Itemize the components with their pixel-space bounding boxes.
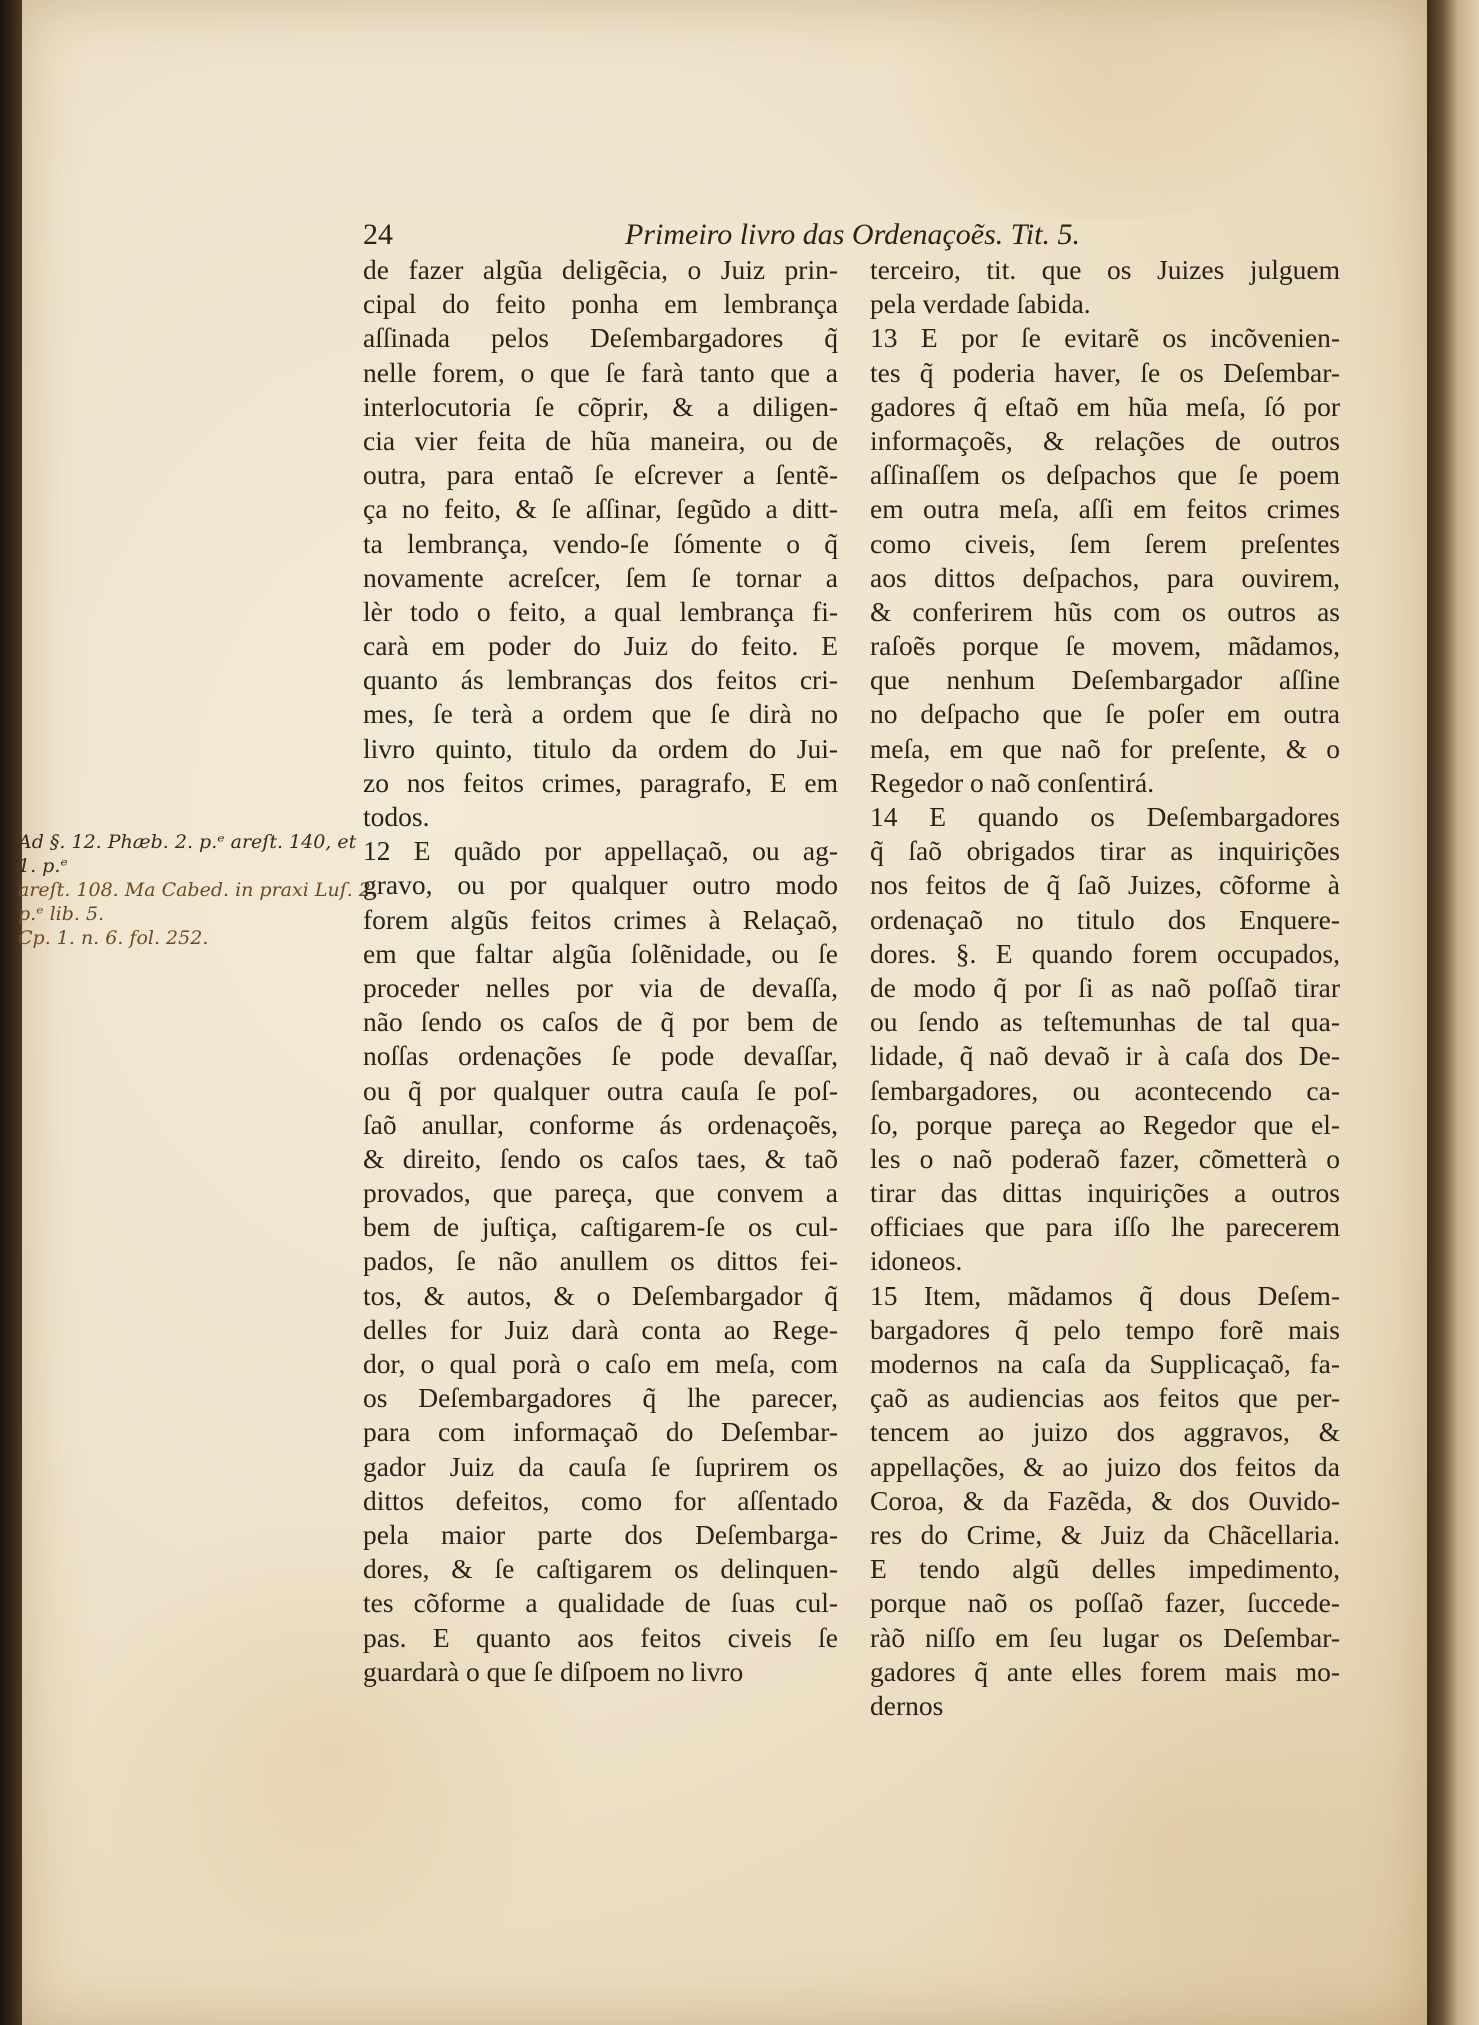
foxing-stain xyxy=(842,0,1362,220)
text-line: todos. xyxy=(363,800,838,834)
text-line: tirar das dittas inquirições a outros xyxy=(870,1176,1340,1210)
text-line: idoneos. xyxy=(870,1244,1340,1278)
text-line: de fazer algũa deligẽcia, o Juiz prin- xyxy=(363,253,838,287)
text-line: çaõ as audiencias aos feitos que per- xyxy=(870,1381,1340,1415)
text-line: ta lembrança, vendo-ſe ſómente o q̃ xyxy=(363,527,838,561)
text-line: que nenhum Deſembargador aſſine xyxy=(870,663,1340,697)
text-line: Coroa, & da Fazẽda, & dos Ouvido- xyxy=(870,1484,1340,1518)
text-line: bem de juſtiça, caſtigarem-ſe os cul- xyxy=(363,1210,838,1244)
text-line: provados, que pareça, que convem a xyxy=(363,1176,838,1210)
text-line: interlocutoria ſe cõprir, & a diligen- xyxy=(363,390,838,424)
text-line: aos dittos deſpachos, para ouvirem, xyxy=(870,561,1340,595)
text-line: tos, & autos, & o Deſembargador q̃ xyxy=(363,1279,838,1313)
text-line: ordenaçaõ no titulo dos Enquere- xyxy=(870,903,1340,937)
text-line: pas. E quanto aos feitos civeis ſe xyxy=(363,1621,838,1655)
text-line: dittos defeitos, como for aſſentado xyxy=(363,1484,838,1518)
text-line: pados, ſe não anullem os dittos fei- xyxy=(363,1244,838,1278)
text-line: nos feitos de q̃ ſaõ Juizes, cõforme à xyxy=(870,868,1340,902)
text-line: aſſinada pelos Deſembargadores q̃ xyxy=(363,321,838,355)
text-line: modernos na caſa da Supplicaçaõ, fa- xyxy=(870,1347,1340,1381)
text-line: em que faltar algũa ſolẽnidade, ou ſe xyxy=(363,937,838,971)
text-line: ou q̃ por qualquer outra cauſa ſe poſ- xyxy=(363,1074,838,1108)
text-line: aſſinaſſem os deſpachos que ſe poem xyxy=(870,458,1340,492)
text-line: E tendo algũ delles impedimento, xyxy=(870,1552,1340,1586)
text-line: noſſas ordenações ſe pode devaſſar, xyxy=(363,1039,838,1073)
text-line: de modo q̃ por ſi as naõ poſſaõ tirar xyxy=(870,971,1340,1005)
text-line: novamente acreſcer, ſem ſe tornar a xyxy=(363,561,838,595)
text-line: os Deſembargadores q̃ lhe parecer, xyxy=(363,1381,838,1415)
book-gutter-left xyxy=(0,0,22,2025)
text-line: mes, ſe terà a ordem que ſe dirà no xyxy=(363,697,838,731)
text-line: lèr todo o feito, a qual lembrança fi- xyxy=(363,595,838,629)
text-line: guardarà o que ſe diſpoem no livro xyxy=(363,1655,838,1689)
text-line: appellações, & ao juizo dos feitos da xyxy=(870,1450,1340,1484)
text-line: cipal do feito ponha em lembrança xyxy=(363,287,838,321)
text-line: pela verdade ſabida. xyxy=(870,287,1340,321)
text-line: officiaes que para iſſo lhe parecerem xyxy=(870,1210,1340,1244)
text-line: 15 Item, mãdamos q̃ dous Deſem- xyxy=(870,1279,1340,1313)
text-line: quanto ás lembranças dos feitos cri- xyxy=(363,663,838,697)
text-line: gadores q̃ eſtaõ em hũa meſa, ſó por xyxy=(870,390,1340,424)
text-line: terceiro, tit. que os Juizes julguem xyxy=(870,253,1340,287)
text-line: q̃ ſaõ obrigados tirar as inquirições xyxy=(870,834,1340,868)
text-line: no deſpacho que ſe poſer em outra xyxy=(870,697,1340,731)
text-line: ſo, porque pareça ao Regedor que el- xyxy=(870,1108,1340,1142)
right-text-column: terceiro, tit. que os Juizes julguempela… xyxy=(870,253,1340,1723)
text-line: forem algũs feitos crimes à Relaçaõ, xyxy=(363,903,838,937)
text-line: pela maior parte dos Deſembarga- xyxy=(363,1518,838,1552)
text-line: tes cõforme a qualidade de ſuas cul- xyxy=(363,1586,838,1620)
text-line: carà em poder do Juiz do feito. E xyxy=(363,629,838,663)
margin-line: areſt. 108. Ma Cabed. in praxi Luſ. 2. p… xyxy=(18,878,378,926)
left-text-column: de fazer algũa deligẽcia, o Juiz prin-ci… xyxy=(363,253,838,1689)
text-line: 12 E quãdo por appellaçaõ, ou ag- xyxy=(363,834,838,868)
text-line: ou ſendo as teſtemunhas de tal qua- xyxy=(870,1005,1340,1039)
text-line: bargadores q̃ pelo tempo forẽ mais xyxy=(870,1313,1340,1347)
text-line: dores, & ſe caſtigarem os delinquen- xyxy=(363,1552,838,1586)
text-line: lidade, q̃ naõ devaõ ir à caſa dos De- xyxy=(870,1039,1340,1073)
text-line: & direito, ſendo os caſos taes, & taõ xyxy=(363,1142,838,1176)
text-line: 14 E quando os Deſembargadores xyxy=(870,800,1340,834)
margin-line: Cp. 1. n. 6. fol. 252. xyxy=(18,926,378,950)
text-line: dor, o qual porà o caſo em meſa, com xyxy=(363,1347,838,1381)
page-number: 24 xyxy=(363,218,393,252)
text-line: gravo, ou por qualquer outro modo xyxy=(363,868,838,902)
text-line: nelle forem, o que ſe farà tanto que a xyxy=(363,356,838,390)
handwritten-marginal-note: Ad §. 12. Phæb. 2. p.ᵉ areſt. 140, et 1.… xyxy=(18,830,378,950)
text-line: em outra meſa, aſſi em feitos crimes xyxy=(870,492,1340,526)
text-line: como civeis, ſem ſerem preſentes xyxy=(870,527,1340,561)
text-line: raſoẽs porque ſe movem, mãdamos, xyxy=(870,629,1340,663)
text-line: Regedor o naõ conſentirá. xyxy=(870,766,1340,800)
page-header: 24 Primeiro livro das Ordenaçoẽs. Tit. 5… xyxy=(363,218,1053,252)
text-line: livro quinto, titulo da ordem do Jui- xyxy=(363,732,838,766)
text-line: ça no feito, & ſe aſſinar, ſegũdo a ditt… xyxy=(363,492,838,526)
text-line: cia vier feita de hũa maneira, ou de xyxy=(363,424,838,458)
text-line: & conferirem hũs com os outros as xyxy=(870,595,1340,629)
text-line: res do Crime, & Juiz da Chãcellaria. xyxy=(870,1518,1340,1552)
text-line: tencem ao juizo dos aggravos, & xyxy=(870,1415,1340,1449)
text-line: zo nos feitos crimes, paragrafo, E em xyxy=(363,766,838,800)
text-line: les o naõ poderaõ fazer, cõmetterà o xyxy=(870,1142,1340,1176)
text-line: tes q̃ poderia haver, ſe os Deſembar- xyxy=(870,356,1340,390)
text-line: delles for Juiz darà conta ao Rege- xyxy=(363,1313,838,1347)
running-head: Primeiro livro das Ordenaçoẽs. Tit. 5. xyxy=(625,218,1080,252)
margin-line: Ad §. 12. Phæb. 2. p.ᵉ areſt. 140, et 1.… xyxy=(18,830,378,878)
text-line: proceder nelles por via de devaſſa, xyxy=(363,971,838,1005)
book-edge-right xyxy=(1427,0,1479,2025)
text-line: meſa, em que naõ for preſente, & o xyxy=(870,732,1340,766)
text-line: porque naõ os poſſaõ fazer, ſuccede- xyxy=(870,1586,1340,1620)
text-line: gador Juiz da cauſa ſe ſuprirem os xyxy=(363,1450,838,1484)
text-line: não ſendo os caſos de q̃ por bem de xyxy=(363,1005,838,1039)
text-line: ràõ niſſo em ſeu lugar os Deſembar- xyxy=(870,1621,1340,1655)
text-line: para com informaçaõ do Deſembar- xyxy=(363,1415,838,1449)
text-line: outra, para entaõ ſe eſcrever a ſentẽ- xyxy=(363,458,838,492)
text-line: dores. §. E quando forem occupados, xyxy=(870,937,1340,971)
text-line: gadores q̃ ante elles forem mais mo- xyxy=(870,1655,1340,1689)
text-line: informaçoẽs, & relações de outros xyxy=(870,424,1340,458)
text-line: dernos xyxy=(870,1689,1340,1723)
text-line: ſembargadores, ou acontecendo ca- xyxy=(870,1074,1340,1108)
text-line: 13 E por ſe evitarẽ os incõvenien- xyxy=(870,321,1340,355)
text-line: ſaõ anullar, conforme ás ordenaçoẽs, xyxy=(363,1108,838,1142)
